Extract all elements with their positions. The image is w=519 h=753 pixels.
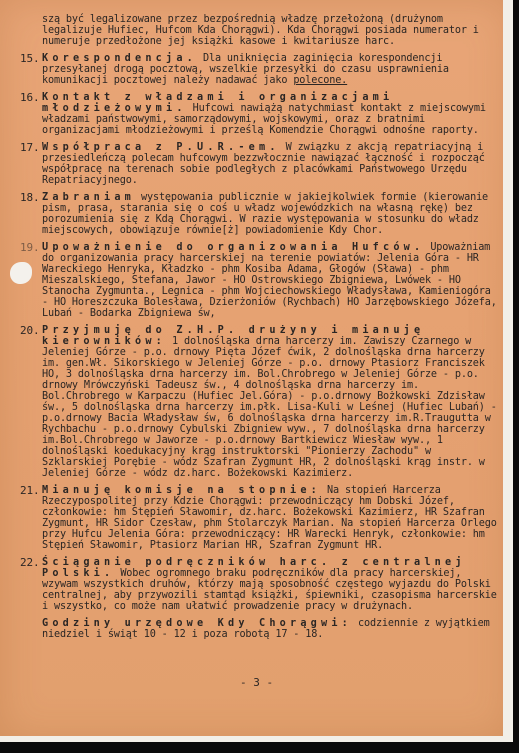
item-22: 22. Ściąganie podręczników harc. z centr… xyxy=(20,557,500,612)
item-number: 19. xyxy=(20,242,42,319)
item-20: 20. Przyjmuję do Z.H.P. drużyny i mianuj… xyxy=(20,325,500,479)
item-number: 21. xyxy=(20,485,42,551)
item-number: 15. xyxy=(20,53,42,86)
item-heading: Zabraniam xyxy=(42,192,135,203)
page-number: - 3 - xyxy=(240,676,273,689)
typewritten-document: szą być legalizowane przez bezpośrednią … xyxy=(20,14,500,646)
office-hours-heading: Godziny urzędowe Kdy Chorągwi: xyxy=(42,618,352,629)
item-heading: Współpraca z P.U.R.-em. xyxy=(42,142,280,153)
office-hours: Godziny urzędowe Kdy Chorągwi: codzienni… xyxy=(20,618,500,640)
item-heading: Mianuję komisje na stopnie: xyxy=(42,485,321,496)
item-21: 21. Mianuję komisje na stopnie: Na stopi… xyxy=(20,485,500,551)
item-number: 18. xyxy=(20,192,42,236)
item-number: 20. xyxy=(20,325,42,479)
item-heading: Upoważnienie do organizowania Hufców. xyxy=(42,242,424,253)
item-heading: Korespondencja. xyxy=(42,53,197,64)
item-number: 22. xyxy=(20,557,42,612)
underlined-text: polecone. xyxy=(293,75,347,86)
item-17: 17. Współpraca z P.U.R.-em. W związku z … xyxy=(20,142,500,186)
item-text: 1 dolnośląska drna harcerzy im. Zawiszy … xyxy=(42,336,497,479)
item-15: 15. Korespondencja. Dla uniknięcia zagin… xyxy=(20,53,500,86)
item-18: 18. Zabraniam występowania publicznie w … xyxy=(20,192,500,236)
paper-edge-bottom xyxy=(0,736,513,742)
continuation-paragraph: szą być legalizowane przez bezpośrednią … xyxy=(20,14,500,47)
item-text: Upoważniam do organizowania pracy harcer… xyxy=(42,242,497,319)
item-number: 17. xyxy=(20,142,42,186)
item-19: 19. Upoważnienie do organizowania Hufców… xyxy=(20,242,500,319)
item-16: 16. Kontakt z władzami i organizacjami m… xyxy=(20,92,500,136)
item-number: 16. xyxy=(20,92,42,136)
paper-edge-right xyxy=(503,0,513,742)
